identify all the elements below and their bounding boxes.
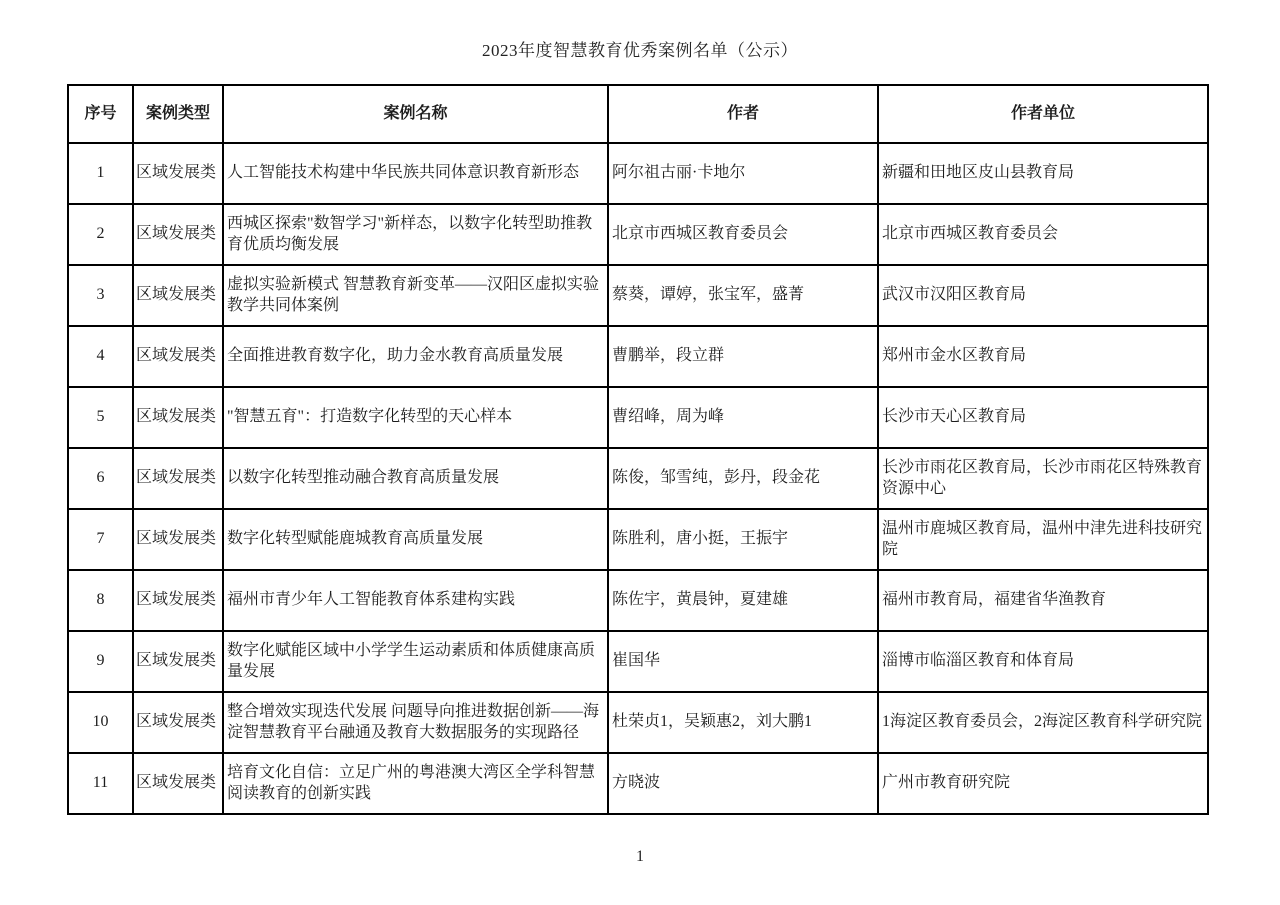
row-number-cell: 7 [68,509,133,570]
table-row: 11 区域发展类 培育文化自信：立足广州的粤港澳大湾区全学科智慧阅读教育的创新实… [68,753,1208,814]
table-row: 7 区域发展类 数字化转型赋能鹿城教育高质量发展 陈胜利，唐小挺，王振宇 温州市… [68,509,1208,570]
header-organization: 作者单位 [878,85,1208,143]
table-header: 序号 案例类型 案例名称 作者 作者单位 [68,85,1208,143]
authors-cell: 陈俊，邹雪纯，彭丹，段金花 [608,448,878,509]
row-number-cell: 9 [68,631,133,692]
case-name-cell: 人工智能技术构建中华民族共同体意识教育新形态 [223,143,608,204]
table-row: 4 区域发展类 全面推进教育数字化，助力金水教育高质量发展 曹鹏举，段立群 郑州… [68,326,1208,387]
case-type-cell: 区域发展类 [133,326,223,387]
case-type-cell: 区域发展类 [133,570,223,631]
authors-cell: 阿尔祖古丽·卡地尔 [608,143,878,204]
case-type-cell: 区域发展类 [133,509,223,570]
case-name-cell: 整合增效实现迭代发展 问题导向推进数据创新——海淀智慧教育平台融通及教育大数据服… [223,692,608,753]
authors-cell: 蔡葵，谭婷，张宝军，盛菁 [608,265,878,326]
row-number-cell: 11 [68,753,133,814]
case-name-cell: 西城区探索"数智学习"新样态，以数字化转型助推教育优质均衡发展 [223,204,608,265]
table-row: 6 区域发展类 以数字化转型推动融合教育高质量发展 陈俊，邹雪纯，彭丹，段金花 … [68,448,1208,509]
header-serial-number: 序号 [68,85,133,143]
row-number-cell: 4 [68,326,133,387]
table-row: 10 区域发展类 整合增效实现迭代发展 问题导向推进数据创新——海淀智慧教育平台… [68,692,1208,753]
page-number: 1 [0,848,1280,866]
row-number-cell: 6 [68,448,133,509]
table-row: 3 区域发展类 虚拟实验新模式 智慧教育新变革——汉阳区虚拟实验教学共同体案例 … [68,265,1208,326]
row-number-cell: 1 [68,143,133,204]
organization-cell: 福州市教育局，福建省华渔教育 [878,570,1208,631]
table-row: 8 区域发展类 福州市青少年人工智能教育体系建构实践 陈佐宇，黄晨钟，夏建雄 福… [68,570,1208,631]
organization-cell: 1海淀区教育委员会，2海淀区教育科学研究院 [878,692,1208,753]
case-name-cell: 全面推进教育数字化，助力金水教育高质量发展 [223,326,608,387]
table-row: 9 区域发展类 数字化赋能区域中小学学生运动素质和体质健康高质量发展 崔国华 淄… [68,631,1208,692]
organization-cell: 长沙市雨花区教育局，长沙市雨花区特殊教育资源中心 [878,448,1208,509]
row-number-cell: 8 [68,570,133,631]
authors-cell: 陈佐宇，黄晨钟，夏建雄 [608,570,878,631]
authors-cell: 崔国华 [608,631,878,692]
case-type-cell: 区域发展类 [133,265,223,326]
case-name-cell: 数字化转型赋能鹿城教育高质量发展 [223,509,608,570]
cases-table: 序号 案例类型 案例名称 作者 作者单位 1 区域发展类 人工智能技术构建中华民… [67,84,1209,815]
header-authors: 作者 [608,85,878,143]
authors-cell: 北京市西城区教育委员会 [608,204,878,265]
organization-cell: 新疆和田地区皮山县教育局 [878,143,1208,204]
case-type-cell: 区域发展类 [133,631,223,692]
organization-cell: 北京市西城区教育委员会 [878,204,1208,265]
header-case-type: 案例类型 [133,85,223,143]
case-type-cell: 区域发展类 [133,692,223,753]
case-name-cell: 虚拟实验新模式 智慧教育新变革——汉阳区虚拟实验教学共同体案例 [223,265,608,326]
organization-cell: 武汉市汉阳区教育局 [878,265,1208,326]
case-type-cell: 区域发展类 [133,204,223,265]
case-name-cell: "智慧五育"：打造数字化转型的天心样本 [223,387,608,448]
authors-cell: 曹绍峰，周为峰 [608,387,878,448]
row-number-cell: 10 [68,692,133,753]
authors-cell: 杜荣贞1，吴颖惠2，刘大鹏1 [608,692,878,753]
case-name-cell: 福州市青少年人工智能教育体系建构实践 [223,570,608,631]
row-number-cell: 3 [68,265,133,326]
case-type-cell: 区域发展类 [133,387,223,448]
table-row: 2 区域发展类 西城区探索"数智学习"新样态，以数字化转型助推教育优质均衡发展 … [68,204,1208,265]
case-type-cell: 区域发展类 [133,143,223,204]
table-row: 5 区域发展类 "智慧五育"：打造数字化转型的天心样本 曹绍峰，周为峰 长沙市天… [68,387,1208,448]
authors-cell: 方晓波 [608,753,878,814]
document-title: 2023年度智慧教育优秀案例名单（公示） [0,36,1280,61]
row-number-cell: 5 [68,387,133,448]
case-name-cell: 培育文化自信：立足广州的粤港澳大湾区全学科智慧阅读教育的创新实践 [223,753,608,814]
organization-cell: 温州市鹿城区教育局，温州中津先进科技研究院 [878,509,1208,570]
case-type-cell: 区域发展类 [133,753,223,814]
table-body: 1 区域发展类 人工智能技术构建中华民族共同体意识教育新形态 阿尔祖古丽·卡地尔… [68,143,1208,814]
case-name-cell: 数字化赋能区域中小学学生运动素质和体质健康高质量发展 [223,631,608,692]
organization-cell: 长沙市天心区教育局 [878,387,1208,448]
case-name-cell: 以数字化转型推动融合教育高质量发展 [223,448,608,509]
case-type-cell: 区域发展类 [133,448,223,509]
authors-cell: 陈胜利，唐小挺，王振宇 [608,509,878,570]
row-number-cell: 2 [68,204,133,265]
header-row: 序号 案例类型 案例名称 作者 作者单位 [68,85,1208,143]
table-row: 1 区域发展类 人工智能技术构建中华民族共同体意识教育新形态 阿尔祖古丽·卡地尔… [68,143,1208,204]
organization-cell: 淄博市临淄区教育和体育局 [878,631,1208,692]
authors-cell: 曹鹏举，段立群 [608,326,878,387]
organization-cell: 广州市教育研究院 [878,753,1208,814]
header-case-name: 案例名称 [223,85,608,143]
organization-cell: 郑州市金水区教育局 [878,326,1208,387]
